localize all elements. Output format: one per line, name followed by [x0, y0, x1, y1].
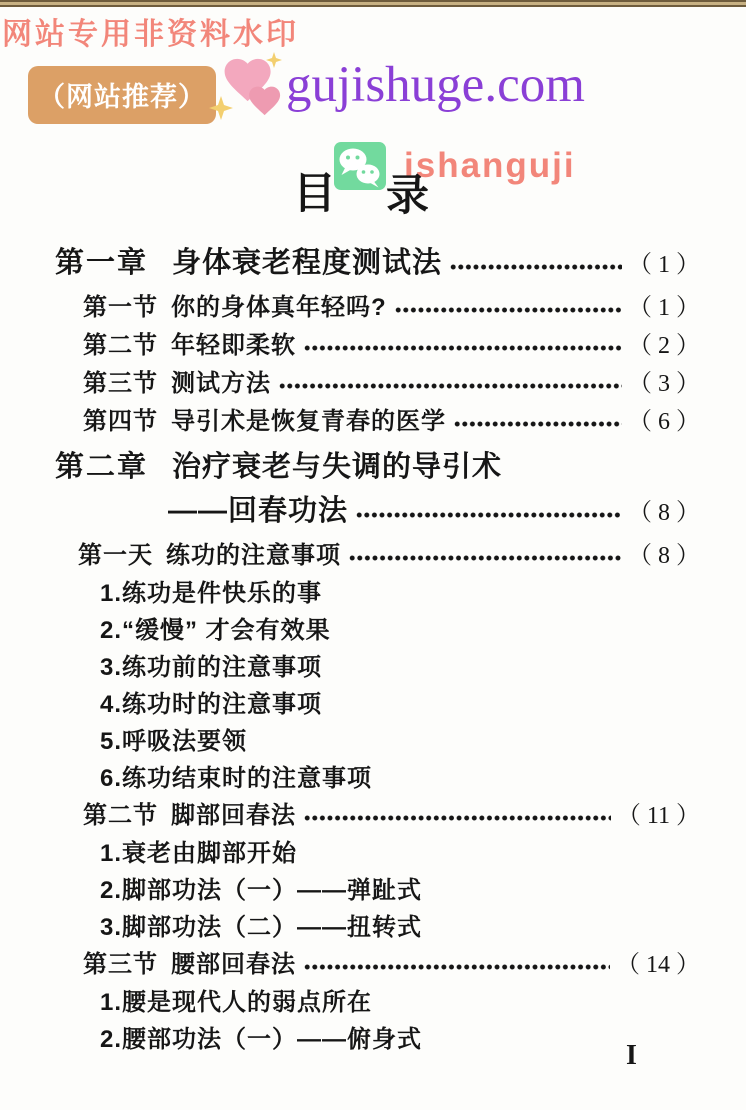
- site-watermark-text: 网站专用非资料水印: [2, 9, 299, 53]
- toc-row-label: 第二章: [55, 450, 148, 485]
- toc-dot-leader: [356, 510, 622, 520]
- toc-row-title: ——回春功法: [168, 494, 348, 529]
- page-title-second-char: 录: [386, 162, 429, 223]
- toc-row-title: 2.腰部功法（一）——俯身式: [100, 1024, 422, 1055]
- toc-row-title: 年轻即柔软: [171, 330, 296, 361]
- toc-dot-leader: [450, 262, 622, 272]
- toc-row-title: 1.练功是件快乐的事: [100, 578, 322, 609]
- toc-dot-leader: [279, 381, 622, 391]
- toc-row-title: 练功的注意事项: [166, 540, 341, 571]
- toc-row-title: 3.练功前的注意事项: [100, 652, 322, 683]
- toc-row: 6.练功结束时的注意事项: [55, 763, 700, 794]
- toc-row: 5.呼吸法要领: [55, 726, 700, 757]
- hearts-icon: [208, 50, 292, 128]
- toc-row-title: 导引术是恢复青春的医学: [171, 406, 446, 437]
- toc-row-label: 第三节: [83, 949, 158, 980]
- toc-row: 4.练功时的注意事项: [55, 689, 700, 720]
- toc-row-title: 6.练功结束时的注意事项: [100, 763, 372, 794]
- toc-dot-leader: [395, 305, 622, 315]
- toc-row: 第一节 你的身体真年轻吗? （ 1 ）: [55, 292, 700, 324]
- toc-row-title: 3.脚部功法（二）——扭转式: [100, 912, 422, 943]
- toc-row-title: 脚部回春法: [171, 800, 296, 831]
- toc-row: ——回春功法 （ 8 ）: [55, 494, 700, 531]
- toc-row: 3.练功前的注意事项: [55, 652, 700, 683]
- folio-page-number: I: [626, 1040, 637, 1072]
- page-title: 目 ishanguji 录: [0, 142, 746, 217]
- toc-row: 2.脚部功法（一）——弹趾式: [55, 875, 700, 906]
- toc-row: 第二节 年轻即柔软 （ 2 ）: [55, 330, 700, 362]
- toc-row-title: 5.呼吸法要领: [100, 726, 247, 757]
- toc-row: 第一章 身体衰老程度测试法 （ 1 ）: [55, 246, 700, 283]
- toc-row-page: （ 2 ）: [628, 331, 700, 362]
- sparkle-icon: [209, 96, 233, 120]
- toc-row: 第二章 治疗衰老与失调的导引术: [55, 450, 700, 485]
- toc-row: 2.“缓慢” 才会有效果: [55, 615, 700, 646]
- toc-row-page: （ 1 ）: [628, 248, 700, 283]
- toc-row-page: （ 6 ）: [628, 407, 700, 438]
- toc-row-title: 2.“缓慢” 才会有效果: [100, 615, 331, 646]
- toc-row-page: （ 8 ）: [628, 541, 700, 572]
- toc-row-page: （ 14 ）: [616, 950, 700, 981]
- toc-row: 第二节 脚部回春法 （ 11 ）: [55, 800, 700, 832]
- wechat-watermark-text: ishanguji: [404, 146, 576, 186]
- toc-row-title: 你的身体真年轻吗?: [171, 292, 387, 323]
- toc-row: 第一天 练功的注意事项 （ 8 ）: [55, 540, 700, 572]
- top-border-rule: [0, 0, 746, 7]
- toc-row-title: 测试方法: [171, 368, 271, 399]
- toc-row-title: 1.衰老由脚部开始: [100, 838, 297, 869]
- toc-dot-leader: [304, 813, 611, 823]
- toc-row-page: （ 8 ）: [628, 496, 700, 531]
- toc-row-title: 身体衰老程度测试法: [172, 246, 442, 281]
- toc-row: 1.衰老由脚部开始: [55, 838, 700, 869]
- toc-dot-leader: [304, 962, 610, 972]
- wechat-icon: [334, 142, 386, 196]
- toc-row: 第四节 导引术是恢复青春的医学 （ 6 ）: [55, 406, 700, 438]
- toc-row-page: （ 3 ）: [628, 369, 700, 400]
- toc-row-title: 腰部回春法: [171, 949, 296, 980]
- scanned-book-page: { "colors": { "watermark": "#f2867a", "b…: [0, 0, 746, 1110]
- toc-row-label: 第二节: [83, 800, 158, 831]
- toc-row: 3.脚部功法（二）——扭转式: [55, 912, 700, 943]
- toc-dot-leader: [349, 553, 622, 563]
- site-recommend-badge: （网站推荐）: [28, 66, 216, 124]
- toc-row-title: 1.腰是现代人的弱点所在: [100, 987, 372, 1018]
- page-title-first-char: 目: [293, 160, 336, 221]
- toc-row-label: 第一节: [83, 292, 158, 323]
- toc-row-label: 第一天: [78, 540, 153, 571]
- toc-row-title: 2.脚部功法（一）——弹趾式: [100, 875, 422, 906]
- toc-dot-leader: [304, 343, 622, 353]
- toc-row: 1.练功是件快乐的事: [55, 578, 700, 609]
- toc-row-label: 第二节: [83, 330, 158, 361]
- toc-list: 第一章 身体衰老程度测试法 （ 1 ） 第一节 你的身体真年轻吗? （ 1 ） …: [55, 246, 700, 1061]
- toc-row-title: 4.练功时的注意事项: [100, 689, 322, 720]
- toc-row-label: 第三节: [83, 368, 158, 399]
- toc-dot-leader: [454, 419, 622, 429]
- toc-row-page: （ 1 ）: [628, 293, 700, 324]
- toc-row-title: 治疗衰老与失调的导引术: [172, 450, 502, 485]
- toc-row-label: 第一章: [55, 246, 148, 281]
- toc-row: 第三节 腰部回春法 （ 14 ）: [55, 949, 700, 981]
- heart-small: [249, 87, 280, 115]
- toc-row: 第三节 测试方法 （ 3 ）: [55, 368, 700, 400]
- toc-row: 1.腰是现代人的弱点所在: [55, 987, 700, 1018]
- site-logo-text: gujishuge.com: [286, 56, 585, 114]
- toc-row: 2.腰部功法（一）——俯身式: [55, 1024, 700, 1055]
- toc-row-label: 第四节: [83, 406, 158, 437]
- toc-row-page: （ 11 ）: [617, 801, 700, 832]
